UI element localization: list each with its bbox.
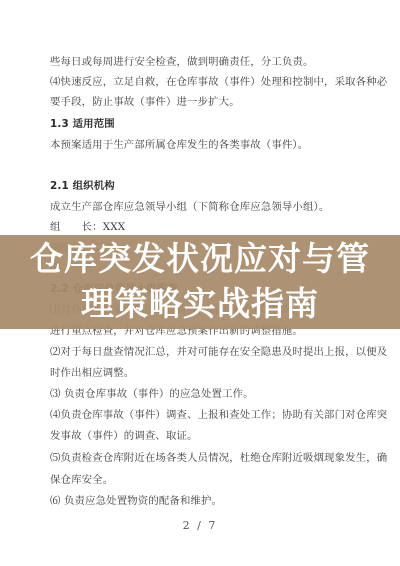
page-number: 2 / 7 <box>0 519 400 532</box>
paragraph-line: ⑷负责仓库事故（事件）调查、上报和查处工作；协助有关部门对仓库突 <box>50 408 387 422</box>
paragraph-line: 要手段，防止事故（事件）进一步扩大。 <box>50 95 240 109</box>
paragraph-line: ⑹ 负责应急处置物资的配备和维护。 <box>50 494 222 508</box>
banner-title-line-2: 理策略实战指南 <box>0 281 400 326</box>
banner-title-line-1: 仓库突发状况应对与管 <box>0 236 400 281</box>
paragraph-line: 本预案适用于生产部所属仓库发生的各类事故（事件）。 <box>50 138 308 152</box>
section-heading: 2.1 组织机构 <box>50 179 115 193</box>
paragraph-line: ⑷快速反应，立足自救，在仓库事故（事件）处理和控制中，采取各种必 <box>50 75 387 89</box>
paragraph-line: 发事故（事件）的调查、取证。 <box>50 429 198 443</box>
paragraph-line: ⑸负责检查仓库附近在场各类人员情况，杜绝仓库附近吸烟现象发生，确 <box>50 451 387 465</box>
section-heading: 1.3 适用范围 <box>50 117 115 131</box>
banner-title: 仓库突发状况应对与管 理策略实战指南 <box>0 236 400 326</box>
paragraph-line: ⑵对于每日盘查情况汇总，并对可能存在安全隐患及时提出上报，以便及 <box>50 345 387 359</box>
paragraph-line: 成立生产部仓库应急领导小组（下简称仓库应急领导小组）。 <box>50 200 329 214</box>
paragraph-line: 时作出相应调整。 <box>50 366 134 380</box>
paragraph-line: 些每日或每周进行安全检查，做到明确责任，分工负责。 <box>50 55 314 69</box>
document-page: 些每日或每周进行安全检查，做到明确责任，分工负责。⑷快速反应，立足自救，在仓库事… <box>0 0 400 566</box>
paragraph-line: 保仓库安全。 <box>50 473 113 487</box>
paragraph-line: ⑶ 负责仓库事故（事件）的应急处置工作。 <box>50 387 254 401</box>
paragraph-line: 组 长：XXX <box>50 220 125 234</box>
